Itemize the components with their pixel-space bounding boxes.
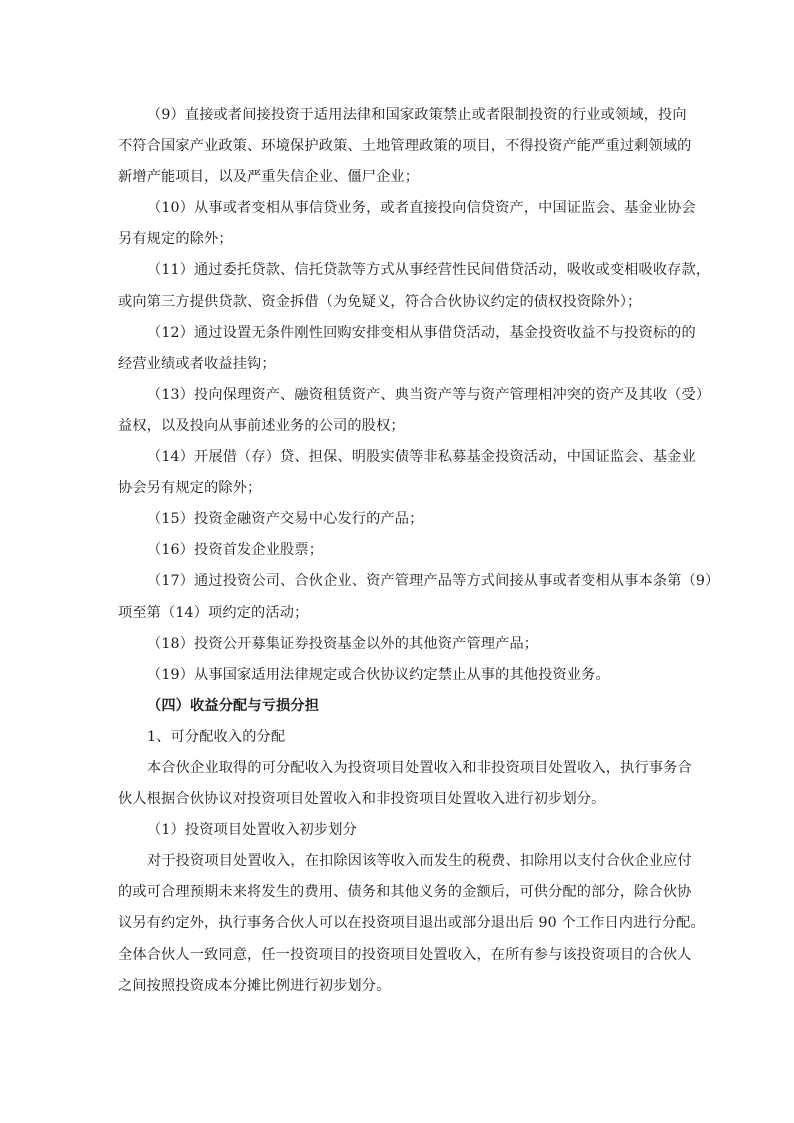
text-line: （11）通过委托贷款、信托贷款等方式从事经营性民间借贷活动，吸收或变相吸收存款， (118, 255, 676, 286)
paragraph-distributable-income: 本合伙企业取得的可分配收入为投资项目处置收入和非投资项目处置收入，执行事务合 伙… (118, 753, 676, 815)
text-line: 益权，以及投向从事前述业务的公司的股权； (118, 411, 676, 442)
text-line: （14）开展借（存）贷、担保、明股实债等非私募基金投资活动，中国证监会、基金业 (118, 442, 676, 473)
paragraph-item-18: （18）投资公开募集证券投资基金以外的其他资产管理产品； (118, 629, 676, 660)
text-line: 项至第（14）项约定的活动； (118, 598, 676, 629)
text-line: 之间按照投资成本分摊比例进行初步划分。 (118, 971, 676, 1002)
text-line: 协会另有规定的除外； (118, 473, 676, 504)
text-line: （18）投资公开募集证券投资基金以外的其他资产管理产品； (118, 629, 676, 660)
text-line: 另有规定的除外； (118, 224, 676, 255)
paragraph-disposal-income: 对于投资项目处置收入，在扣除因该等收入而发生的税费、扣除用以支付合伙企业应付 的… (118, 846, 676, 1001)
text-line: 本合伙企业取得的可分配收入为投资项目处置收入和非投资项目处置收入，执行事务合 (118, 753, 676, 784)
text-line: （13）投向保理资产、融资租赁资产、典当资产等与资产管理相冲突的资产及其收（受） (118, 380, 676, 411)
sub-item-heading-text: （1）投资项目处置收入初步划分 (118, 815, 676, 846)
text-line: 经营业绩或者收益挂钩； (118, 349, 676, 380)
subsection-heading-text: 1、可分配收入的分配 (118, 722, 676, 753)
text-line: （10）从事或者变相从事信贷业务，或者直接投向信贷资产，中国证监会、基金业协会 (118, 193, 676, 224)
section-heading: （四）收益分配与亏损分担 (118, 691, 676, 722)
paragraph-item-11: （11）通过委托贷款、信托贷款等方式从事经营性民间借贷活动，吸收或变相吸收存款，… (118, 255, 676, 317)
paragraph-item-14: （14）开展借（存）贷、担保、明股实债等非私募基金投资活动，中国证监会、基金业 … (118, 442, 676, 504)
text-line: （12）通过设置无条件刚性回购安排变相从事借贷活动，基金投资收益不与投资标的的 (118, 318, 676, 349)
paragraph-item-13: （13）投向保理资产、融资租赁资产、典当资产等与资产管理相冲突的资产及其收（受）… (118, 380, 676, 442)
text-line: 伙人根据合伙协议对投资项目处置收入和非投资项目处置收入进行初步划分。 (118, 784, 676, 815)
paragraph-item-17: （17）通过投资公司、合伙企业、资产管理产品等方式间接从事或者变相从事本条第（9… (118, 566, 676, 628)
paragraph-item-12: （12）通过设置无条件刚性回购安排变相从事借贷活动，基金投资收益不与投资标的的 … (118, 318, 676, 380)
paragraph-item-19: （19）从事国家适用法律规定或合伙协议约定禁止从事的其他投资业务。 (118, 660, 676, 691)
paragraph-item-15: （15）投资金融资产交易中心发行的产品； (118, 504, 676, 535)
text-line: 或向第三方提供贷款、资金拆借（为免疑义，符合合伙协议约定的债权投资除外）； (118, 287, 676, 318)
document-page: （9）直接或者间接投资于适用法律和国家政策禁止或者限制投资的行业或领域，投向 不… (118, 100, 676, 1002)
text-line: 不符合国家产业政策、环境保护政策、土地管理政策的项目，不得投资产能严重过剩领域的 (118, 131, 676, 162)
text-line: 新增产能项目，以及严重失信企业、僵尸企业； (118, 162, 676, 193)
paragraph-item-10: （10）从事或者变相从事信贷业务，或者直接投向信贷资产，中国证监会、基金业协会 … (118, 193, 676, 255)
text-line: （19）从事国家适用法律规定或合伙协议约定禁止从事的其他投资业务。 (118, 660, 676, 691)
sub-item-heading: （1）投资项目处置收入初步划分 (118, 815, 676, 846)
subsection-heading: 1、可分配收入的分配 (118, 722, 676, 753)
text-line: 议另有约定外，执行事务合伙人可以在投资项目退出或部分退出后 90 个工作日内进行… (118, 908, 676, 939)
text-line: 的或可合理预期未来将发生的费用、债务和其他义务的金额后，可供分配的部分，除合伙协 (118, 877, 676, 908)
text-line: 全体合伙人一致同意，任一投资项目的投资项目处置收入，在所有参与该投资项目的合伙人 (118, 940, 676, 971)
text-line: 对于投资项目处置收入，在扣除因该等收入而发生的税费、扣除用以支付合伙企业应付 (118, 846, 676, 877)
section-heading-text: （四）收益分配与亏损分担 (118, 691, 676, 722)
paragraph-item-9: （9）直接或者间接投资于适用法律和国家政策禁止或者限制投资的行业或领域，投向 不… (118, 100, 676, 193)
text-line: （16）投资首发企业股票； (118, 535, 676, 566)
text-line: （15）投资金融资产交易中心发行的产品； (118, 504, 676, 535)
text-line: （9）直接或者间接投资于适用法律和国家政策禁止或者限制投资的行业或领域，投向 (118, 100, 676, 131)
paragraph-item-16: （16）投资首发企业股票； (118, 535, 676, 566)
text-line: （17）通过投资公司、合伙企业、资产管理产品等方式间接从事或者变相从事本条第（9… (118, 566, 676, 597)
